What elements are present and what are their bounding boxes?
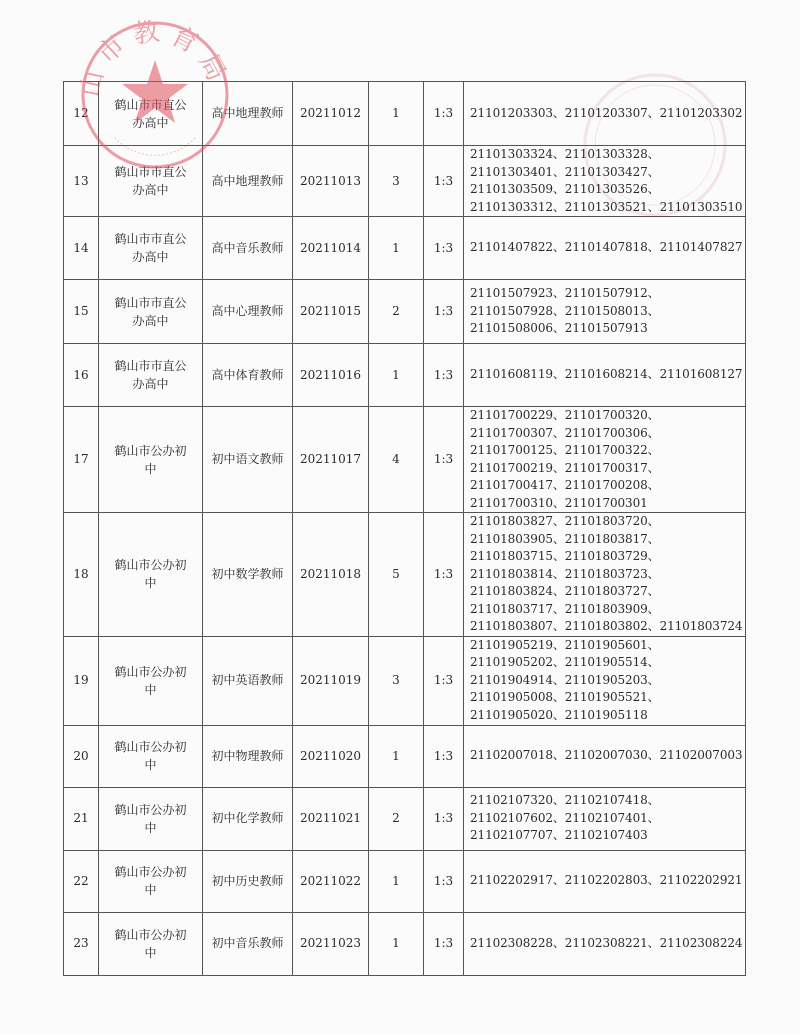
ratio-cell: 1:3	[424, 146, 464, 217]
unit-cell: 鹤山市市直公办高中	[99, 82, 203, 146]
row-number-cell: 22	[64, 850, 99, 912]
candidate-ids-cell: 21101803827、21101803720、21101803905、2110…	[464, 513, 746, 637]
row-number: 15	[73, 304, 88, 318]
candidate-ids-cell: 21102308228、21102308221、21102308224	[464, 912, 746, 975]
table-row: 17 鹤山市公办初中 初中语文教师 20211017 4 1:3 2110170…	[64, 407, 746, 513]
position-cell: 初中数学教师	[203, 513, 293, 637]
interview-ratio: 1:3	[434, 673, 453, 687]
count-cell: 2	[369, 787, 424, 850]
position-name: 初中数学教师	[211, 567, 283, 581]
code-cell: 20211023	[293, 912, 369, 975]
hiring-count: 1	[392, 368, 400, 382]
candidate-ids-cell: 21101303324、21101303328、21101303401、2110…	[464, 146, 746, 217]
candidate-ids: 21101608119、21101608214、21101608127	[470, 367, 742, 381]
ratio-cell: 1:3	[424, 82, 464, 146]
position-code: 20211016	[300, 368, 361, 382]
ratio-cell: 1:3	[424, 217, 464, 280]
row-number: 20	[73, 749, 88, 763]
row-number-cell: 13	[64, 146, 99, 217]
row-number: 17	[73, 452, 88, 466]
unit-cell: 鹤山市公办初中	[99, 850, 203, 912]
candidate-ids-cell: 21101608119、21101608214、21101608127	[464, 344, 746, 407]
ratio-cell: 1:3	[424, 787, 464, 850]
unit-cell: 鹤山市公办初中	[99, 636, 203, 725]
candidate-ids-cell: 21102202917、21102202803、21102202921	[464, 850, 746, 912]
table-row: 15 鹤山市市直公办高中 高中心理教师 20211015 2 1:3 21101…	[64, 280, 746, 344]
scanned-document-page: 12 鹤山市市直公办高中 高中地理教师 20211012 1 1:3 21101…	[0, 0, 800, 1035]
ratio-cell: 1:3	[424, 912, 464, 975]
position-name: 初中物理教师	[211, 749, 283, 763]
unit-cell: 鹤山市市直公办高中	[99, 344, 203, 407]
table-row: 22 鹤山市公办初中 初中历史教师 20211022 1 1:3 2110220…	[64, 850, 746, 912]
ratio-cell: 1:3	[424, 850, 464, 912]
position-name: 初中语文教师	[211, 452, 283, 466]
recruiting-unit: 鹤山市公办初中	[111, 863, 191, 899]
recruiting-unit: 鹤山市市直公办高中	[111, 230, 191, 266]
candidate-ids: 21101507923、21101507912、21101507928、2110…	[470, 286, 660, 335]
count-cell: 1	[369, 725, 424, 787]
interview-ratio: 1:3	[434, 368, 453, 382]
count-cell: 5	[369, 513, 424, 637]
recruiting-unit: 鹤山市公办初中	[111, 801, 191, 837]
candidate-ids: 21102202917、21102202803、21102202921	[470, 873, 742, 887]
recruiting-unit: 鹤山市公办初中	[111, 556, 191, 592]
unit-cell: 鹤山市公办初中	[99, 407, 203, 513]
count-cell: 2	[369, 280, 424, 344]
table-row: 13 鹤山市市直公办高中 高中地理教师 20211013 3 1:3 21101…	[64, 146, 746, 217]
position-cell: 高中音乐教师	[203, 217, 293, 280]
interview-ratio: 1:3	[434, 304, 453, 318]
position-code: 20211023	[300, 936, 361, 950]
ratio-cell: 1:3	[424, 513, 464, 637]
unit-cell: 鹤山市公办初中	[99, 787, 203, 850]
candidate-ids-cell: 21101905219、21101905601、21101905202、2110…	[464, 636, 746, 725]
table-row: 23 鹤山市公办初中 初中音乐教师 20211023 1 1:3 2110230…	[64, 912, 746, 975]
recruiting-unit: 鹤山市公办初中	[111, 926, 191, 962]
interview-ratio: 1:3	[434, 749, 453, 763]
code-cell: 20211016	[293, 344, 369, 407]
recruiting-unit: 鹤山市公办初中	[111, 442, 191, 478]
candidate-ids-cell: 21101700229、21101700320、21101700307、2110…	[464, 407, 746, 513]
interview-ratio: 1:3	[434, 811, 453, 825]
recruiting-unit: 鹤山市公办初中	[111, 663, 191, 699]
position-cell: 初中英语教师	[203, 636, 293, 725]
hiring-count: 1	[392, 106, 400, 120]
position-name: 高中体育教师	[211, 368, 283, 382]
position-code: 20211014	[300, 241, 361, 255]
table-row: 14 鹤山市市直公办高中 高中音乐教师 20211014 1 1:3 21101…	[64, 217, 746, 280]
ratio-cell: 1:3	[424, 280, 464, 344]
code-cell: 20211020	[293, 725, 369, 787]
interview-ratio: 1:3	[434, 106, 453, 120]
position-cell: 初中语文教师	[203, 407, 293, 513]
row-number-cell: 12	[64, 82, 99, 146]
candidate-ids: 21101407822、21101407818、21101407827	[470, 240, 742, 254]
hiring-count: 2	[392, 304, 400, 318]
unit-cell: 鹤山市市直公办高中	[99, 217, 203, 280]
position-name: 高中地理教师	[211, 106, 283, 120]
position-name: 初中化学教师	[211, 811, 283, 825]
hiring-count: 2	[392, 811, 400, 825]
candidate-ids-cell: 21102107320、21102107418、21102107602、2110…	[464, 787, 746, 850]
code-cell: 20211022	[293, 850, 369, 912]
ratio-cell: 1:3	[424, 407, 464, 513]
row-number-cell: 14	[64, 217, 99, 280]
row-number: 21	[73, 811, 88, 825]
row-number-cell: 17	[64, 407, 99, 513]
row-number-cell: 15	[64, 280, 99, 344]
candidate-ids-cell: 21102007018、21102007030、21102007003	[464, 725, 746, 787]
code-cell: 20211015	[293, 280, 369, 344]
table-row: 18 鹤山市公办初中 初中数学教师 20211018 5 1:3 2110180…	[64, 513, 746, 637]
hiring-count: 1	[392, 241, 400, 255]
interview-ratio: 1:3	[434, 936, 453, 950]
candidate-ids-cell: 21101203303、21101203307、21101203302	[464, 82, 746, 146]
table-row: 19 鹤山市公办初中 初中英语教师 20211019 3 1:3 2110190…	[64, 636, 746, 725]
unit-cell: 鹤山市公办初中	[99, 912, 203, 975]
candidate-ids: 21101803827、21101803720、21101803905、2110…	[470, 514, 742, 633]
candidate-ids: 21101203303、21101203307、21101203302	[470, 106, 742, 120]
row-number-cell: 16	[64, 344, 99, 407]
count-cell: 4	[369, 407, 424, 513]
recruiting-unit: 鹤山市市直公办高中	[111, 357, 191, 393]
row-number-cell: 18	[64, 513, 99, 637]
table-row: 21 鹤山市公办初中 初中化学教师 20211021 2 1:3 2110210…	[64, 787, 746, 850]
candidate-ids: 21102107320、21102107418、21102107602、2110…	[470, 793, 660, 842]
code-cell: 20211014	[293, 217, 369, 280]
count-cell: 3	[369, 146, 424, 217]
interview-ratio: 1:3	[434, 567, 453, 581]
row-number: 13	[73, 174, 88, 188]
hiring-count: 5	[392, 567, 400, 581]
position-name: 高中地理教师	[211, 174, 283, 188]
table-row: 20 鹤山市公办初中 初中物理教师 20211020 1 1:3 2110200…	[64, 725, 746, 787]
hiring-count: 3	[392, 673, 400, 687]
ratio-cell: 1:3	[424, 636, 464, 725]
code-cell: 20211012	[293, 82, 369, 146]
row-number: 19	[73, 673, 88, 687]
table-row: 16 鹤山市市直公办高中 高中体育教师 20211016 1 1:3 21101…	[64, 344, 746, 407]
unit-cell: 鹤山市市直公办高中	[99, 146, 203, 217]
position-name: 初中音乐教师	[211, 936, 283, 950]
hiring-count: 3	[392, 174, 400, 188]
row-number-cell: 19	[64, 636, 99, 725]
candidate-ids-cell: 21101407822、21101407818、21101407827	[464, 217, 746, 280]
position-code: 20211021	[300, 811, 361, 825]
position-cell: 初中化学教师	[203, 787, 293, 850]
position-name: 高中音乐教师	[211, 241, 283, 255]
row-number-cell: 20	[64, 725, 99, 787]
position-name: 高中心理教师	[211, 304, 283, 318]
position-code: 20211020	[300, 749, 361, 763]
hiring-count: 1	[392, 936, 400, 950]
position-name: 初中英语教师	[211, 673, 283, 687]
candidate-ids: 21102007018、21102007030、21102007003	[470, 748, 742, 762]
candidate-ids: 21101700229、21101700320、21101700307、2110…	[470, 408, 660, 510]
ratio-cell: 1:3	[424, 725, 464, 787]
count-cell: 1	[369, 82, 424, 146]
code-cell: 20211013	[293, 146, 369, 217]
interview-ratio: 1:3	[434, 241, 453, 255]
row-number: 12	[73, 106, 88, 120]
position-cell: 初中音乐教师	[203, 912, 293, 975]
position-cell: 高中地理教师	[203, 146, 293, 217]
candidate-ids: 21101905219、21101905601、21101905202、2110…	[470, 638, 660, 722]
position-code: 20211017	[300, 452, 361, 466]
row-number-cell: 23	[64, 912, 99, 975]
row-number: 16	[73, 368, 88, 382]
candidate-roster-table: 12 鹤山市市直公办高中 高中地理教师 20211012 1 1:3 21101…	[63, 81, 746, 976]
position-cell: 高中心理教师	[203, 280, 293, 344]
count-cell: 1	[369, 912, 424, 975]
interview-ratio: 1:3	[434, 174, 453, 188]
position-cell: 高中体育教师	[203, 344, 293, 407]
candidate-ids: 21101303324、21101303328、21101303401、2110…	[470, 147, 742, 214]
position-code: 20211019	[300, 673, 361, 687]
candidate-ids: 21102308228、21102308221、21102308224	[470, 936, 742, 950]
hiring-count: 1	[392, 749, 400, 763]
row-number: 22	[73, 874, 88, 888]
code-cell: 20211017	[293, 407, 369, 513]
interview-ratio: 1:3	[434, 874, 453, 888]
count-cell: 1	[369, 217, 424, 280]
position-cell: 高中地理教师	[203, 82, 293, 146]
unit-cell: 鹤山市公办初中	[99, 513, 203, 637]
position-cell: 初中历史教师	[203, 850, 293, 912]
position-code: 20211018	[300, 567, 361, 581]
unit-cell: 鹤山市市直公办高中	[99, 280, 203, 344]
ratio-cell: 1:3	[424, 344, 464, 407]
count-cell: 1	[369, 850, 424, 912]
candidate-ids-cell: 21101507923、21101507912、21101507928、2110…	[464, 280, 746, 344]
code-cell: 20211021	[293, 787, 369, 850]
code-cell: 20211018	[293, 513, 369, 637]
recruiting-unit: 鹤山市市直公办高中	[111, 163, 191, 199]
interview-ratio: 1:3	[434, 452, 453, 466]
row-number: 23	[73, 936, 88, 950]
count-cell: 1	[369, 344, 424, 407]
position-code: 20211015	[300, 304, 361, 318]
row-number-cell: 21	[64, 787, 99, 850]
recruiting-unit: 鹤山市公办初中	[111, 738, 191, 774]
row-number: 18	[73, 567, 88, 581]
recruiting-unit: 鹤山市市直公办高中	[111, 96, 191, 132]
unit-cell: 鹤山市公办初中	[99, 725, 203, 787]
position-cell: 初中物理教师	[203, 725, 293, 787]
position-name: 初中历史教师	[211, 874, 283, 888]
table-row: 12 鹤山市市直公办高中 高中地理教师 20211012 1 1:3 21101…	[64, 82, 746, 146]
code-cell: 20211019	[293, 636, 369, 725]
roster-body: 12 鹤山市市直公办高中 高中地理教师 20211012 1 1:3 21101…	[64, 82, 746, 976]
position-code: 20211013	[300, 174, 361, 188]
position-code: 20211022	[300, 874, 361, 888]
row-number: 14	[73, 241, 88, 255]
hiring-count: 1	[392, 874, 400, 888]
count-cell: 3	[369, 636, 424, 725]
hiring-count: 4	[392, 452, 400, 466]
recruiting-unit: 鹤山市市直公办高中	[111, 294, 191, 330]
position-code: 20211012	[300, 106, 361, 120]
